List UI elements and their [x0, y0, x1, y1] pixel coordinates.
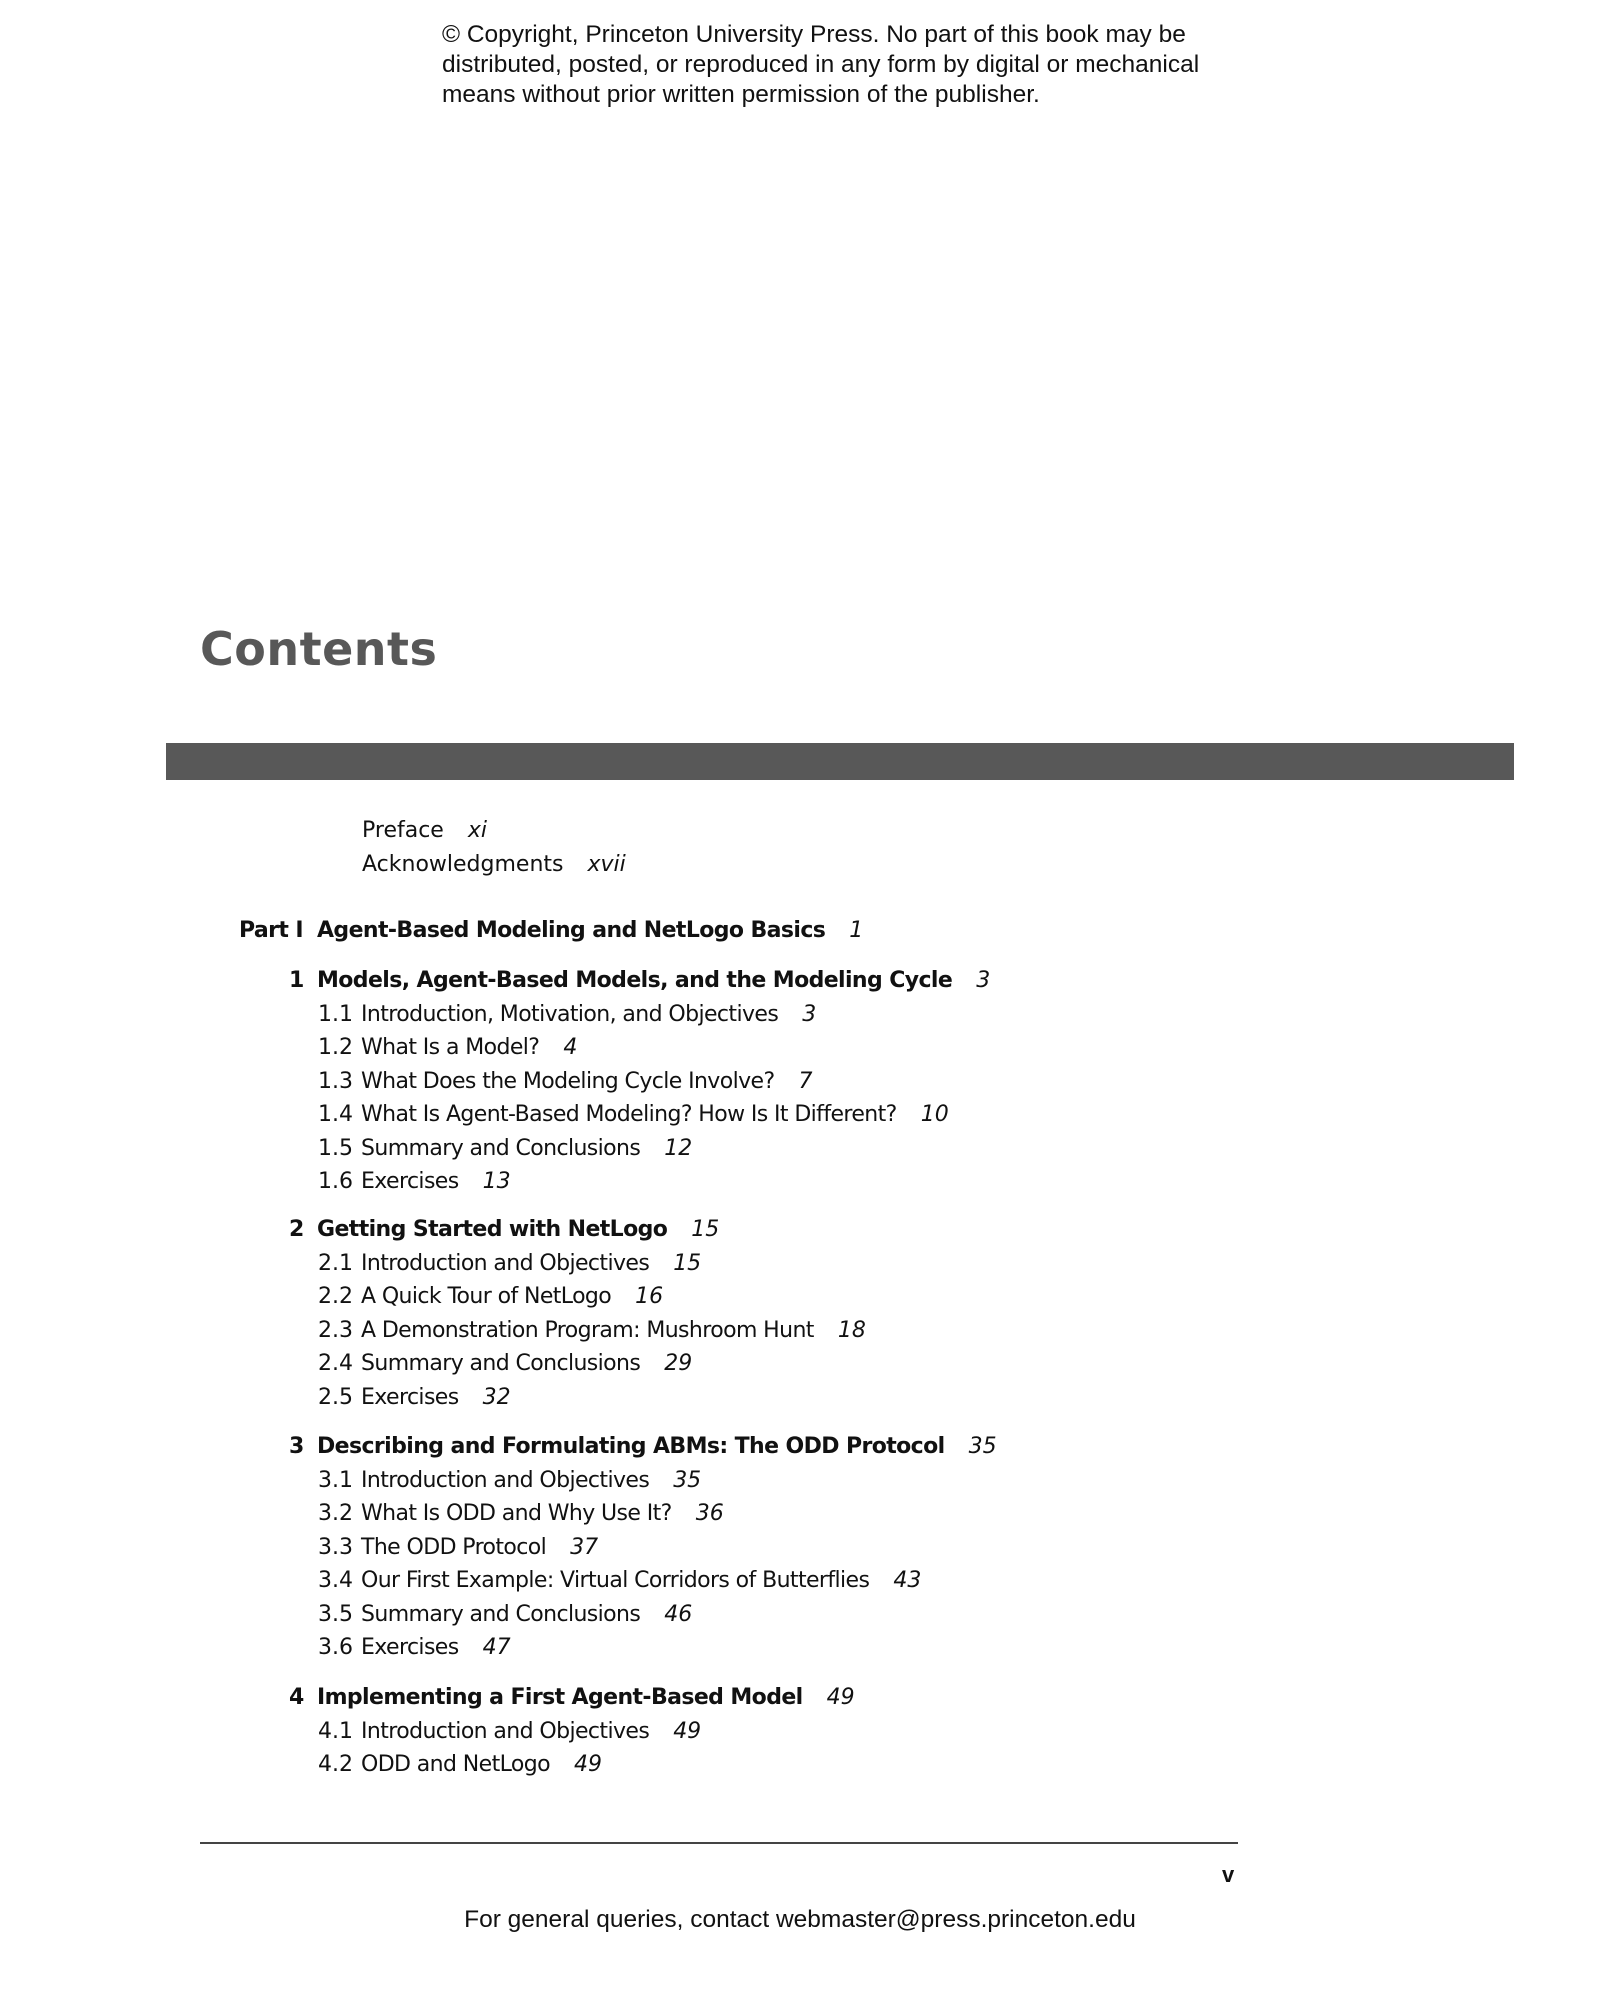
toc-entry-page: 3 — [976, 968, 990, 993]
toc-entry-title: Summary and Conclusions — [361, 1136, 640, 1161]
toc-front-matter-entry: Acknowledgmentsxvii — [362, 852, 626, 877]
toc-entry-page: 49 — [673, 1719, 701, 1744]
toc-section-number: 1.3 — [318, 1069, 353, 1094]
page-number: v — [1222, 1862, 1234, 1888]
toc-section-entry: Summary and Conclusions12 — [361, 1136, 692, 1161]
toc-section-number: 3.3 — [318, 1535, 353, 1560]
toc-entry-page: xi — [468, 818, 487, 843]
toc-chapter-number: 3 — [289, 1434, 304, 1459]
toc-section-entry: Exercises13 — [361, 1169, 511, 1194]
toc-section-entry: What Is Agent-Based Modeling? How Is It … — [361, 1102, 949, 1127]
toc-front-matter-entry: Prefacexi — [362, 818, 487, 843]
toc-entry-page: 46 — [664, 1602, 692, 1627]
toc-entry-title: Introduction, Motivation, and Objectives — [361, 1002, 778, 1027]
toc-section-number: 3.4 — [318, 1568, 353, 1593]
toc-entry-title: Summary and Conclusions — [361, 1351, 640, 1376]
copyright-line: © Copyright, Princeton University Press.… — [442, 20, 1199, 50]
toc-entry-page: 16 — [635, 1284, 663, 1309]
toc-entry-title: What Is ODD and Why Use It? — [361, 1501, 672, 1526]
toc-section-entry: A Quick Tour of NetLogo16 — [361, 1284, 663, 1309]
toc-entry-title: Summary and Conclusions — [361, 1602, 640, 1627]
toc-entry-title: Exercises — [361, 1169, 459, 1194]
toc-entry-page: 1 — [849, 918, 863, 943]
copyright-line: distributed, posted, or reproduced in an… — [442, 50, 1199, 80]
toc-section-number: 3.6 — [318, 1635, 353, 1660]
toc-part-title-entry: Agent-Based Modeling and NetLogo Basics1 — [317, 918, 863, 943]
toc-entry-page: 37 — [570, 1535, 598, 1560]
toc-entry-page: 32 — [483, 1385, 511, 1410]
toc-entry-page: 15 — [673, 1251, 701, 1276]
toc-section-entry: The ODD Protocol37 — [361, 1535, 598, 1560]
toc-chapter-entry: Implementing a First Agent-Based Model49 — [317, 1685, 855, 1710]
copyright-line: means without prior written permission o… — [442, 80, 1199, 110]
toc-entry-title: ODD and NetLogo — [361, 1752, 550, 1777]
toc-entry-page: 35 — [673, 1468, 701, 1493]
toc-entry-title: Our First Example: Virtual Corridors of … — [361, 1568, 869, 1593]
toc-entry-title: Exercises — [361, 1635, 459, 1660]
toc-section-number: 1.2 — [318, 1035, 353, 1060]
toc-entry-title: Acknowledgments — [362, 852, 563, 877]
title-divider-bar — [166, 743, 1514, 780]
toc-entry-page: 13 — [483, 1169, 511, 1194]
toc-entry-title: A Demonstration Program: Mushroom Hunt — [361, 1318, 814, 1343]
toc-entry-title: Introduction and Objectives — [361, 1251, 649, 1276]
toc-entry-page: xvii — [587, 852, 625, 877]
toc-section-number: 1.6 — [318, 1169, 353, 1194]
footer-rule — [200, 1842, 1238, 1844]
toc-section-number: 2.1 — [318, 1251, 353, 1276]
toc-entry-title: Agent-Based Modeling and NetLogo Basics — [317, 918, 825, 943]
toc-entry-title: Describing and Formulating ABMs: The ODD… — [317, 1434, 945, 1459]
toc-entry-title: A Quick Tour of NetLogo — [361, 1284, 611, 1309]
toc-section-entry: What Is ODD and Why Use It?36 — [361, 1501, 724, 1526]
toc-entry-title: Getting Started with NetLogo — [317, 1217, 667, 1242]
toc-section-entry: Introduction, Motivation, and Objectives… — [361, 1002, 816, 1027]
toc-entry-page: 10 — [921, 1102, 949, 1127]
toc-entry-page: 18 — [838, 1318, 866, 1343]
toc-section-entry: Exercises32 — [361, 1385, 511, 1410]
toc-entry-title: Preface — [362, 818, 444, 843]
toc-entry-page: 49 — [574, 1752, 602, 1777]
toc-entry-title: Introduction and Objectives — [361, 1468, 649, 1493]
toc-chapter-entry: Models, Agent-Based Models, and the Mode… — [317, 968, 990, 993]
toc-section-entry: Summary and Conclusions29 — [361, 1351, 692, 1376]
toc-section-number: 4.2 — [318, 1752, 353, 1777]
copyright-notice: © Copyright, Princeton University Press.… — [442, 20, 1199, 110]
page-title: Contents — [200, 622, 437, 676]
toc-entry-title: What Is a Model? — [361, 1035, 539, 1060]
toc-part-label: Part I — [239, 918, 303, 943]
toc-entry-page: 29 — [664, 1351, 692, 1376]
toc-entry-title: The ODD Protocol — [361, 1535, 546, 1560]
toc-section-number: 2.3 — [318, 1318, 353, 1343]
toc-section-entry: What Does the Modeling Cycle Involve?7 — [361, 1069, 813, 1094]
toc-entry-page: 3 — [802, 1002, 816, 1027]
toc-entry-page: 47 — [483, 1635, 511, 1660]
toc-entry-title: Exercises — [361, 1385, 459, 1410]
toc-entry-title: Implementing a First Agent-Based Model — [317, 1685, 803, 1710]
toc-section-number: 4.1 — [318, 1719, 353, 1744]
toc-section-number: 2.2 — [318, 1284, 353, 1309]
toc-chapter-entry: Describing and Formulating ABMs: The ODD… — [317, 1434, 997, 1459]
toc-entry-page: 7 — [799, 1069, 813, 1094]
toc-chapter-number: 4 — [289, 1685, 304, 1710]
toc-chapter-number: 2 — [289, 1217, 304, 1242]
toc-entry-page: 15 — [691, 1217, 719, 1242]
toc-entry-page: 4 — [563, 1035, 577, 1060]
footer-contact: For general queries, contact webmaster@p… — [0, 1906, 1600, 1934]
toc-section-entry: Introduction and Objectives49 — [361, 1719, 701, 1744]
toc-entry-page: 36 — [696, 1501, 724, 1526]
toc-section-number: 2.5 — [318, 1385, 353, 1410]
toc-section-number: 3.1 — [318, 1468, 353, 1493]
toc-entry-title: What Is Agent-Based Modeling? How Is It … — [361, 1102, 897, 1127]
toc-section-entry: Introduction and Objectives15 — [361, 1251, 701, 1276]
toc-section-entry: Introduction and Objectives35 — [361, 1468, 701, 1493]
toc-entry-title: Models, Agent-Based Models, and the Mode… — [317, 968, 952, 993]
toc-entry-page: 12 — [664, 1136, 692, 1161]
toc-entry-title: Introduction and Objectives — [361, 1719, 649, 1744]
toc-section-entry: Summary and Conclusions46 — [361, 1602, 692, 1627]
toc-section-entry: What Is a Model?4 — [361, 1035, 577, 1060]
toc-entry-title: What Does the Modeling Cycle Involve? — [361, 1069, 775, 1094]
toc-section-entry: Our First Example: Virtual Corridors of … — [361, 1568, 921, 1593]
toc-chapter-number: 1 — [289, 968, 304, 993]
toc-section-entry: A Demonstration Program: Mushroom Hunt18 — [361, 1318, 866, 1343]
toc-chapter-entry: Getting Started with NetLogo15 — [317, 1217, 719, 1242]
toc-section-entry: ODD and NetLogo49 — [361, 1752, 602, 1777]
toc-section-number: 1.4 — [318, 1102, 353, 1127]
toc-entry-page: 35 — [969, 1434, 997, 1459]
toc-section-number: 1.5 — [318, 1136, 353, 1161]
toc-section-number: 2.4 — [318, 1351, 353, 1376]
toc-section-entry: Exercises47 — [361, 1635, 511, 1660]
toc-entry-page: 49 — [827, 1685, 855, 1710]
toc-section-number: 3.2 — [318, 1501, 353, 1526]
toc-section-number: 1.1 — [318, 1002, 353, 1027]
toc-entry-page: 43 — [893, 1568, 921, 1593]
toc-section-number: 3.5 — [318, 1602, 353, 1627]
